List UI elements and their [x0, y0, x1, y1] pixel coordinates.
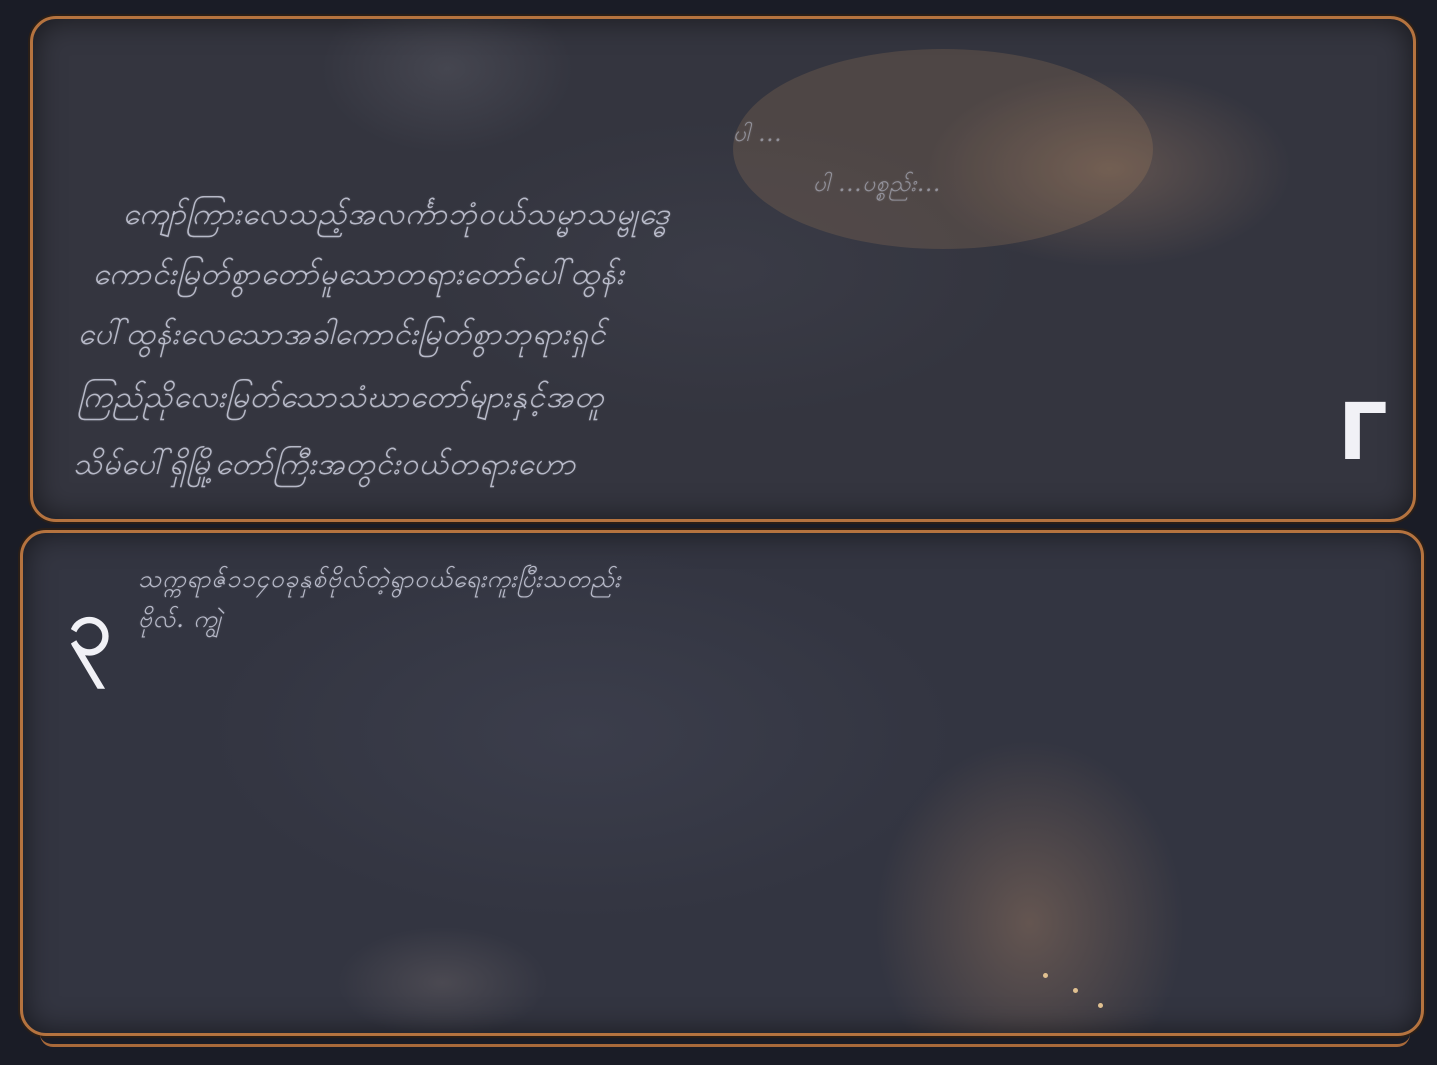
manuscript-bottom-panel: သက္ကရာဇ်၁၁၄၀ခုနှစ်ဗိုလ်တဲ့ရွာဝယ်ရေးကူးပြ…: [20, 530, 1424, 1036]
text-line-1: ကျော်ကြားလေသည့်အလင်္ကာဘုံဝယ်သမ္မာသမ္ဗုဒ္…: [123, 194, 1373, 239]
folio-mark-bottom: ၃: [68, 588, 112, 666]
header-note-1: ပါ ...: [733, 119, 1233, 152]
folio-mark-top: Γ: [1338, 394, 1388, 472]
text-line-4: ကြည်ညိုလေးမြတ်သောသံဃာတော်များနှင့်အတူ: [78, 377, 1338, 422]
text-line-2: ကောင်းမြတ်စွာတော်မူသောတရားတော်ပေါ်ထွန်း: [93, 254, 1383, 299]
text-line-5: သိမ်ပေါ်ရှိမြို့တော်ကြီးအတွင်းဝယ်တရားဟော: [73, 444, 1343, 489]
fleck: [1043, 973, 1048, 978]
page-stack-edge: [40, 1034, 1410, 1047]
colophon-line-2: ဗိုလ်. ကျွဲ: [138, 603, 438, 639]
fleck: [1073, 988, 1078, 993]
colophon-line-1: သက္ကရာဇ်၁၁၄၀ခုနှစ်ဗိုလ်တဲ့ရွာဝယ်ရေးကူးပြ…: [138, 563, 1378, 599]
manuscript-top-panel: ပါ ... ပါ ...ပစ္စည်း... ကျော်ကြားလေသည့်အ…: [30, 16, 1416, 522]
text-line-3: ပေါ်ထွန်းလေသောအခါကောင်းမြတ်စွာဘုရားရှင်: [78, 314, 1378, 359]
fleck: [1098, 1003, 1103, 1008]
